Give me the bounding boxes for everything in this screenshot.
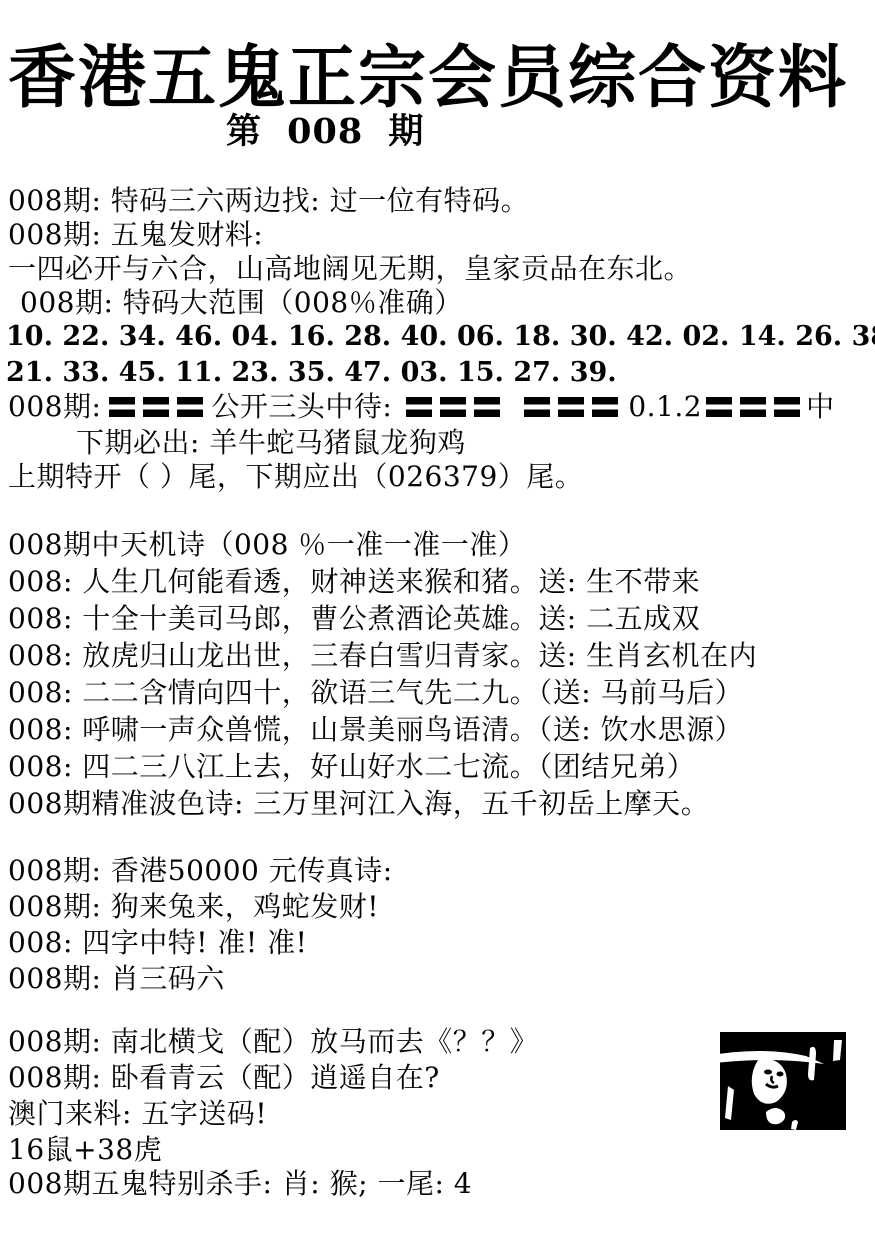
tianji-poem-line: 008: 二二含情向四十，欲语三气先二九。（送: 马前马后） — [8, 676, 743, 710]
wugui-fortune-verse-line: 一四必开与六合，山高地阔见无期，皇家贡品在东北。 — [8, 252, 692, 286]
redacted-block-icon — [592, 397, 618, 417]
fax-poem-line-3: 008期: 肖三码六 — [8, 962, 225, 996]
macau-tip-line: 澳门来料: 五字送码! — [8, 1097, 267, 1131]
fax-poem-line-1: 008期: 狗来兔来，鸡蛇发财! — [8, 890, 379, 924]
redacted-block-icon — [440, 397, 466, 417]
redacted-block-icon — [740, 397, 766, 417]
redacted-block-icon — [143, 397, 169, 417]
tianji-poem-line: 008: 呼啸一声众兽慌，山景美丽鸟语清。（送: 饮水思源） — [8, 713, 743, 747]
thresholded-portrait-photo — [706, 1026, 856, 1136]
special-killer-line: 008期五鬼特别杀手: 肖: 猴; 一尾: 4 — [8, 1167, 472, 1201]
portrait-photo-graphic — [706, 1026, 856, 1136]
redacted-block-icon — [177, 397, 203, 417]
issue-number: 第 008 期 — [226, 104, 424, 154]
three-heads-prefix: 008期: — [8, 390, 101, 424]
redacted-block-group — [406, 397, 500, 417]
bottom-riddle-line-1: 008期: 南北横戈（配）放马而去《？？》 — [8, 1025, 538, 1059]
redacted-block-icon — [109, 397, 135, 417]
tails-line: 上期特开（ ）尾，下期应出（026379）尾。 — [8, 460, 583, 494]
three-heads-line: 008期: 公开三头中待: 0.1.2 中 — [8, 390, 835, 424]
numbers-row-2: 21. 33. 45. 11. 23. 35. 47. 03. 15. 27. … — [6, 356, 617, 390]
tianji-poem-line: 008: 十全十美司马郎，曹公煮酒论英雄。送: 二五成双 — [8, 602, 700, 636]
bottom-riddle-line-2: 008期: 卧看青云（配）逍遥自在? — [8, 1061, 440, 1095]
three-heads-mid-digits: 0.1.2 — [628, 390, 702, 424]
tianji-poem-line: 008: 四二三八江上去，好山好水二七流。（团结兄弟） — [8, 750, 695, 784]
tianji-poem-line: 008: 放虎归山龙出世，三春白雪归青家。送: 生肖玄机在内 — [8, 639, 757, 673]
fax-poem-title-line: 008期: 香港50000 元传真诗: — [8, 854, 393, 888]
redacted-block-group — [706, 397, 800, 417]
numbers-row-1: 10. 22. 34. 46. 04. 16. 28. 40. 06. 18. … — [6, 320, 875, 354]
tianji-poem-line: 008: 人生几何能看透，财神送来猴和猪。送: 生不带来 — [8, 565, 700, 599]
three-heads-suffix: 中 — [806, 390, 835, 424]
redacted-block-icon — [706, 397, 732, 417]
page-title: 香港五鬼正宗会员综合资料 — [8, 24, 848, 121]
redacted-block-icon — [406, 397, 432, 417]
redacted-block-icon — [774, 397, 800, 417]
fax-poem-line-2: 008: 四字中特! 准! 准! — [8, 926, 307, 960]
redacted-block-group — [109, 397, 203, 417]
three-heads-label: 公开三头中待: — [211, 390, 392, 424]
next-issue-must-line: 下期必出: 羊牛蛇马猪鼠龙狗鸡 — [76, 426, 466, 460]
zodiac-pair-line: 16鼠+38虎 — [8, 1133, 162, 1167]
redacted-block-group — [524, 397, 618, 417]
big-range-title-line: 008期: 特码大范围（008％准确） — [20, 286, 463, 320]
wugui-fortune-title-line: 008期: 五鬼发财料: — [8, 218, 263, 252]
redacted-block-icon — [558, 397, 584, 417]
redacted-block-icon — [474, 397, 500, 417]
bose-poem-line: 008期精准波色诗: 三万里河江入海，五千初岳上摩天。 — [8, 787, 709, 821]
redacted-block-icon — [524, 397, 550, 417]
tianji-poems-title-line: 008期中天机诗（008 ％一准一准一准） — [8, 528, 526, 562]
special-code-hint-line: 008期: 特码三六两边找: 过一位有特码。 — [8, 184, 529, 218]
tipsheet-page: 香港五鬼正宗会员综合资料 第 008 期 008期: 特码三六两边找: 过一位有… — [0, 0, 875, 1238]
